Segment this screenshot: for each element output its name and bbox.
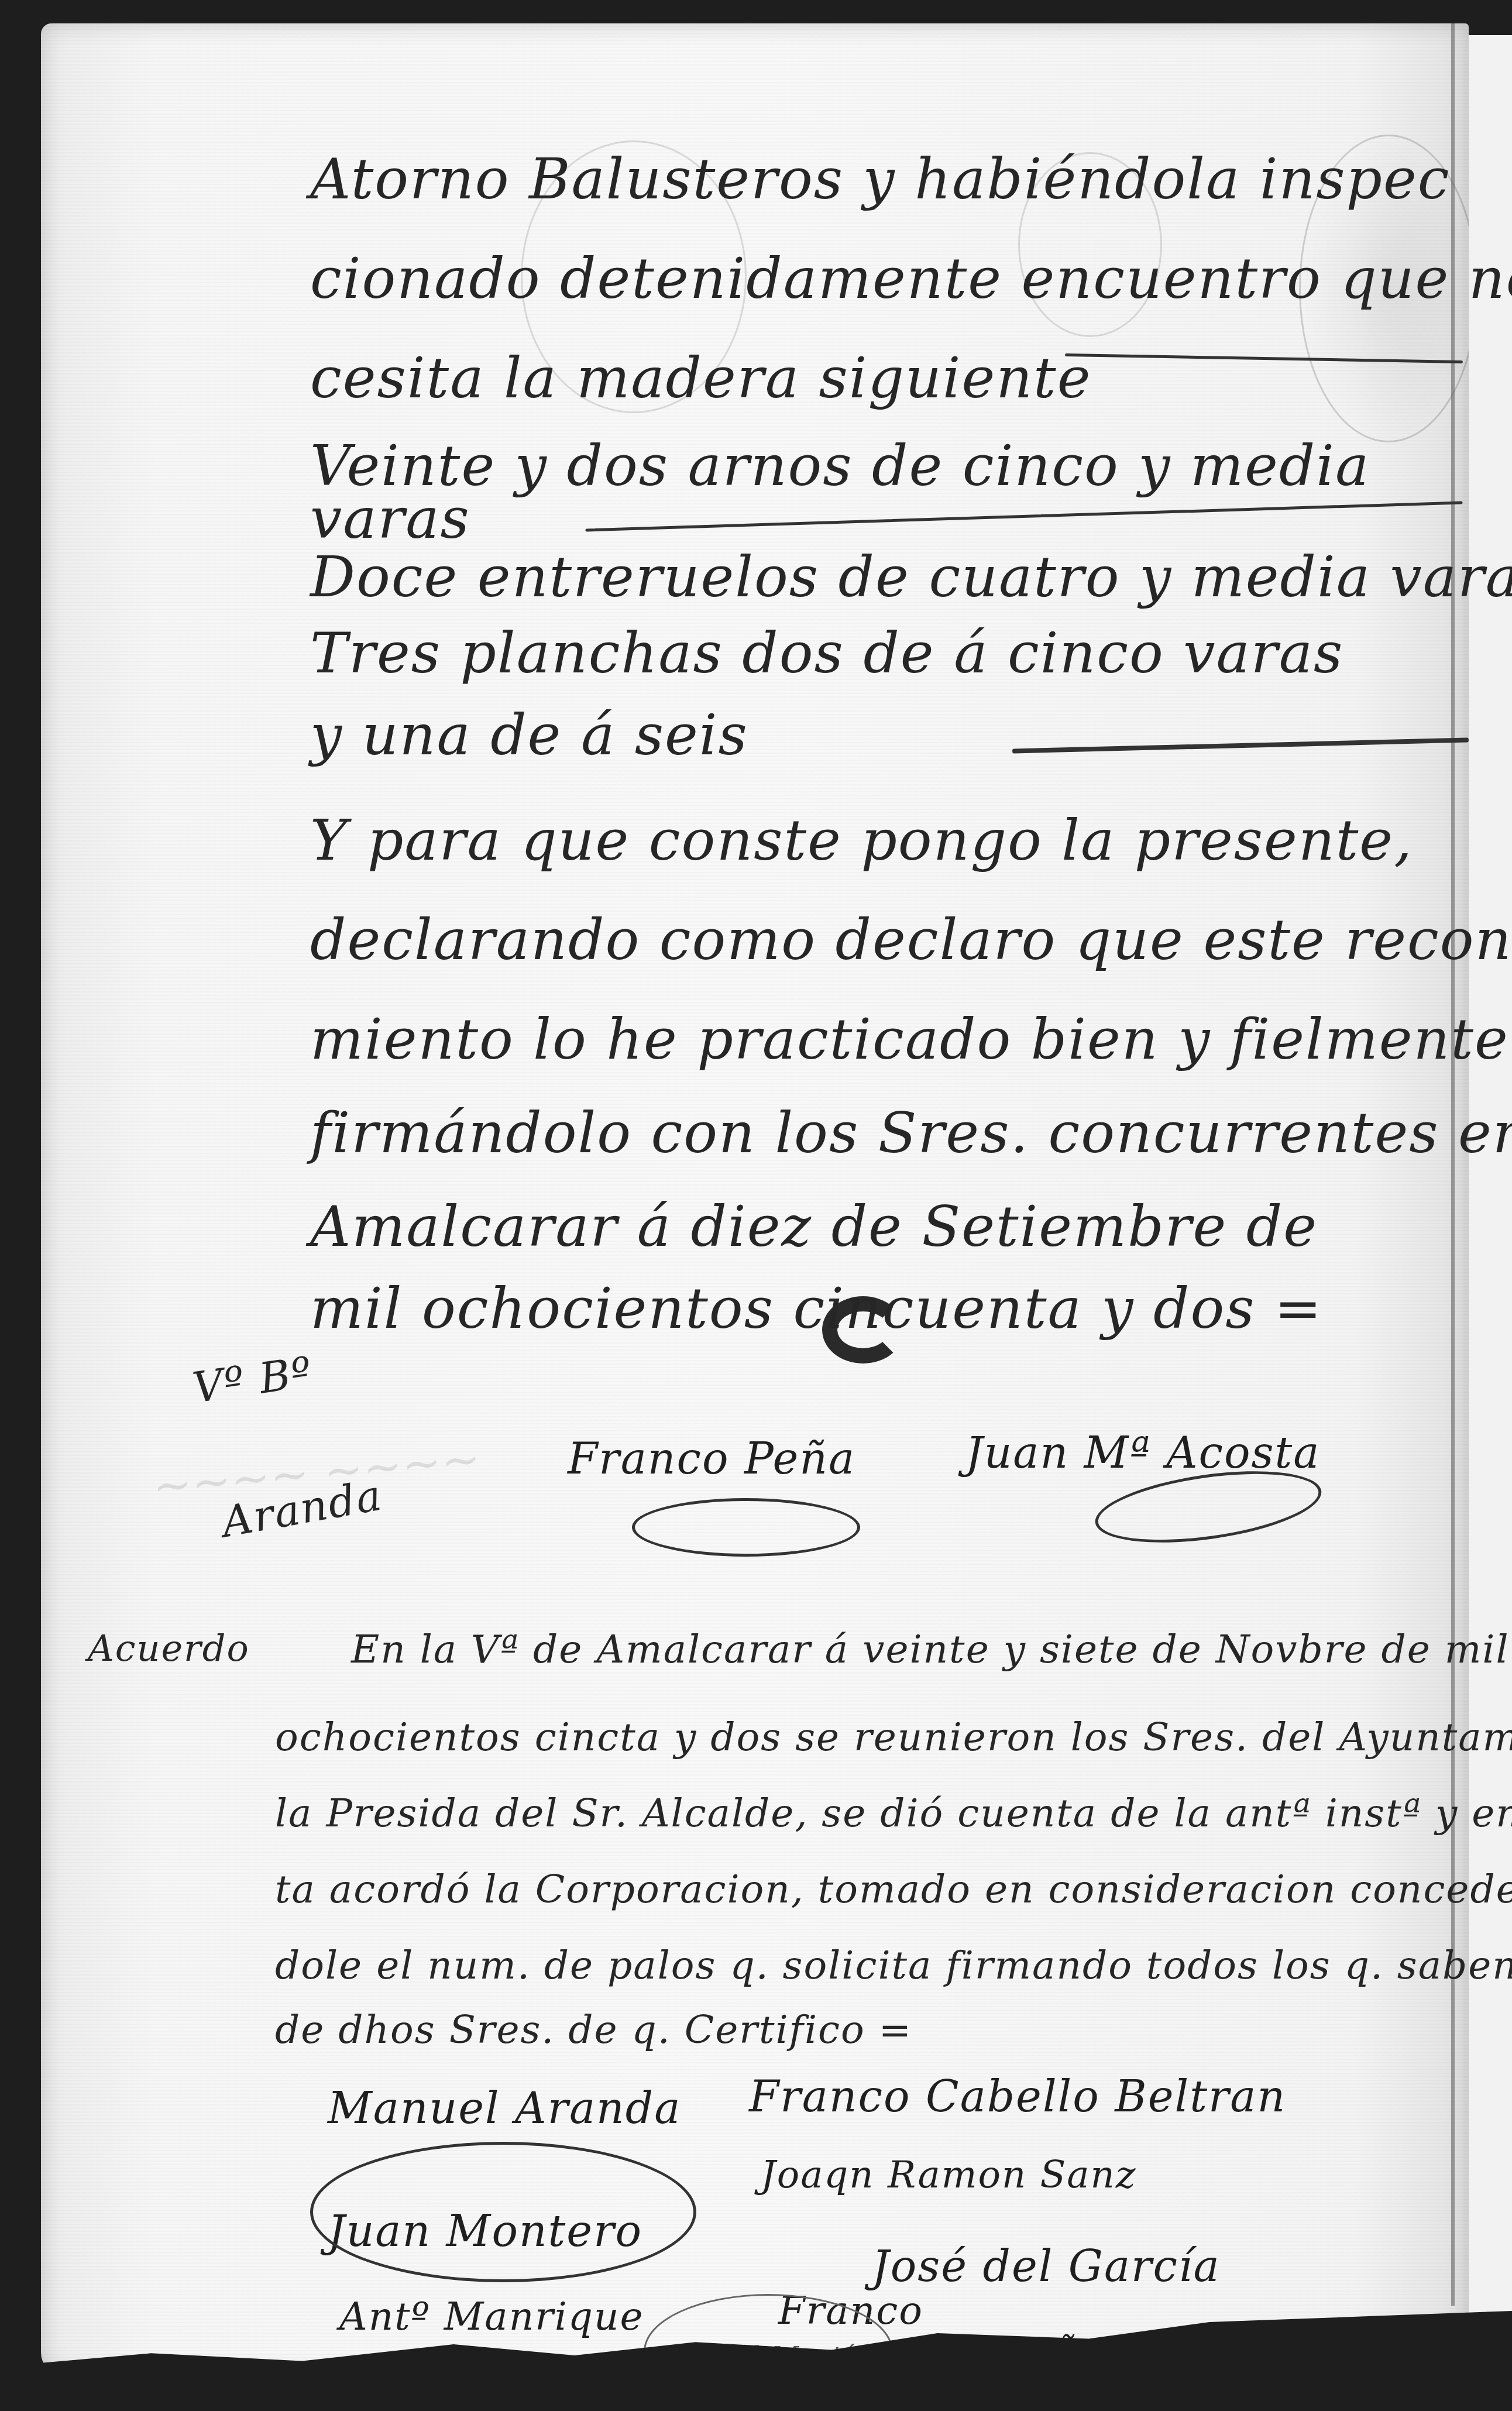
report-line: Amalcarar á diez de Setiembre de [310,1194,1318,1259]
acuerdo-line: En la Vª de Amalcarar á veinte y siete d… [351,1627,1510,1672]
signature-rubric [310,2142,696,2282]
signature-antonio-manrique: Antº Manrique [339,2294,644,2339]
signature-joaquin-ramon-sanz: Joaqn Ramon Sanz [761,2154,1136,2197]
acuerdo-line: la Presida del Sr. Alcalde, se dió cuent… [275,1791,1512,1836]
acuerdo-line: ta acordó la Corporacion, tomado en cons… [275,1867,1512,1912]
report-line: Atorno Balusteros y habiéndola inspec [310,146,1451,212]
report-line: varas [310,486,470,551]
signature-manuel-aranda: Manuel Aranda [328,2083,681,2134]
signature-jose-garcia: José del García [872,2241,1221,2292]
report-line: declarando como declaro que este reconoc… [310,907,1512,973]
report-line: miento lo he practicado bien y fielmente [310,1007,1509,1072]
report-line: firmándolo con los Sres. concurrentes en [310,1100,1512,1166]
report-line: Tres planchas dos de á cinco varas [310,620,1343,686]
signature-franco-pena: Franco Peña [568,1434,855,1484]
acuerdo-line: dole el num. de palos q. solicita firman… [275,1943,1512,1988]
report-line: Y para que conste pongo la presente, [310,808,1413,873]
report-line: y una de á seis [310,702,748,768]
acuerdo-line: ochocientos cincta y dos se reunieron lo… [275,1715,1512,1760]
report-line: cesita la madera siguiente [310,345,1091,411]
adjacent-page-edge [1469,35,1512,2347]
report-line: mil ochocientos cincuenta y dos = [310,1276,1322,1341]
acuerdo-margin-label: Acuerdo [88,1627,250,1670]
signature-juan-acosta: Juan Mª Acosta [965,1428,1320,1478]
acuerdo-line: de dhos Sres. de q. Certifico = [275,2007,912,2052]
report-line: cionado detenidamente encuentro que ne [310,246,1512,311]
signature-rubric [632,1498,860,1557]
signature-franco-cabello-beltran: Franco Cabello Beltran [749,2072,1286,2122]
report-line: Doce entreruelos de cuatro y media varas [310,544,1512,610]
